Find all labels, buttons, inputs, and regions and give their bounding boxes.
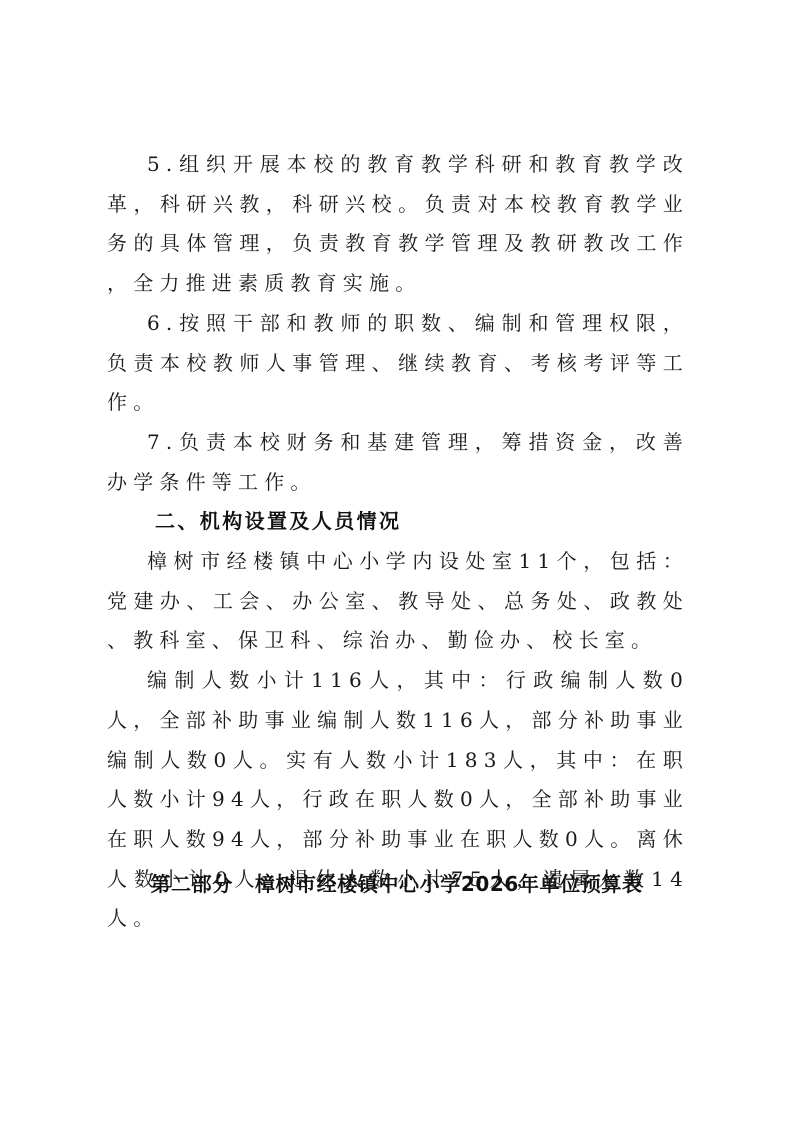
part-title-text: 樟树市经楼镇中心小学2026年单位预算表 <box>255 872 643 896</box>
paragraph-duty-6: 6.按照干部和教师的职数、编制和管理权限，负责本校教师人事管理、继续教育、考核考… <box>107 304 689 423</box>
document-page: 5.组织开展本校的教育教学科研和教育教学改革，科研兴教，科研兴校。负责对本校教育… <box>0 0 793 1122</box>
paragraph-staffing: 编制人数小计116人，其中：行政编制人数0人，全部补助事业编制人数116人，部分… <box>107 661 689 939</box>
section-heading-organization: 二、机构设置及人员情况 <box>107 502 689 542</box>
paragraph-duty-7: 7.负责本校财务和基建管理，筹措资金，改善办学条件等工作。 <box>107 423 689 502</box>
part-title: 第二部分樟树市经楼镇中心小学2026年单位预算表 <box>0 868 793 897</box>
paragraph-duty-5: 5.组织开展本校的教育教学科研和教育教学改革，科研兴教，科研兴校。负责对本校教育… <box>107 145 689 304</box>
part-label: 第二部分 <box>150 872 232 896</box>
paragraph-internal-offices: 樟树市经楼镇中心小学内设处室11个，包括：党建办、工会、办公室、教导处、总务处、… <box>107 542 689 661</box>
document-body: 5.组织开展本校的教育教学科研和教育教学改革，科研兴教，科研兴校。负责对本校教育… <box>107 145 689 939</box>
